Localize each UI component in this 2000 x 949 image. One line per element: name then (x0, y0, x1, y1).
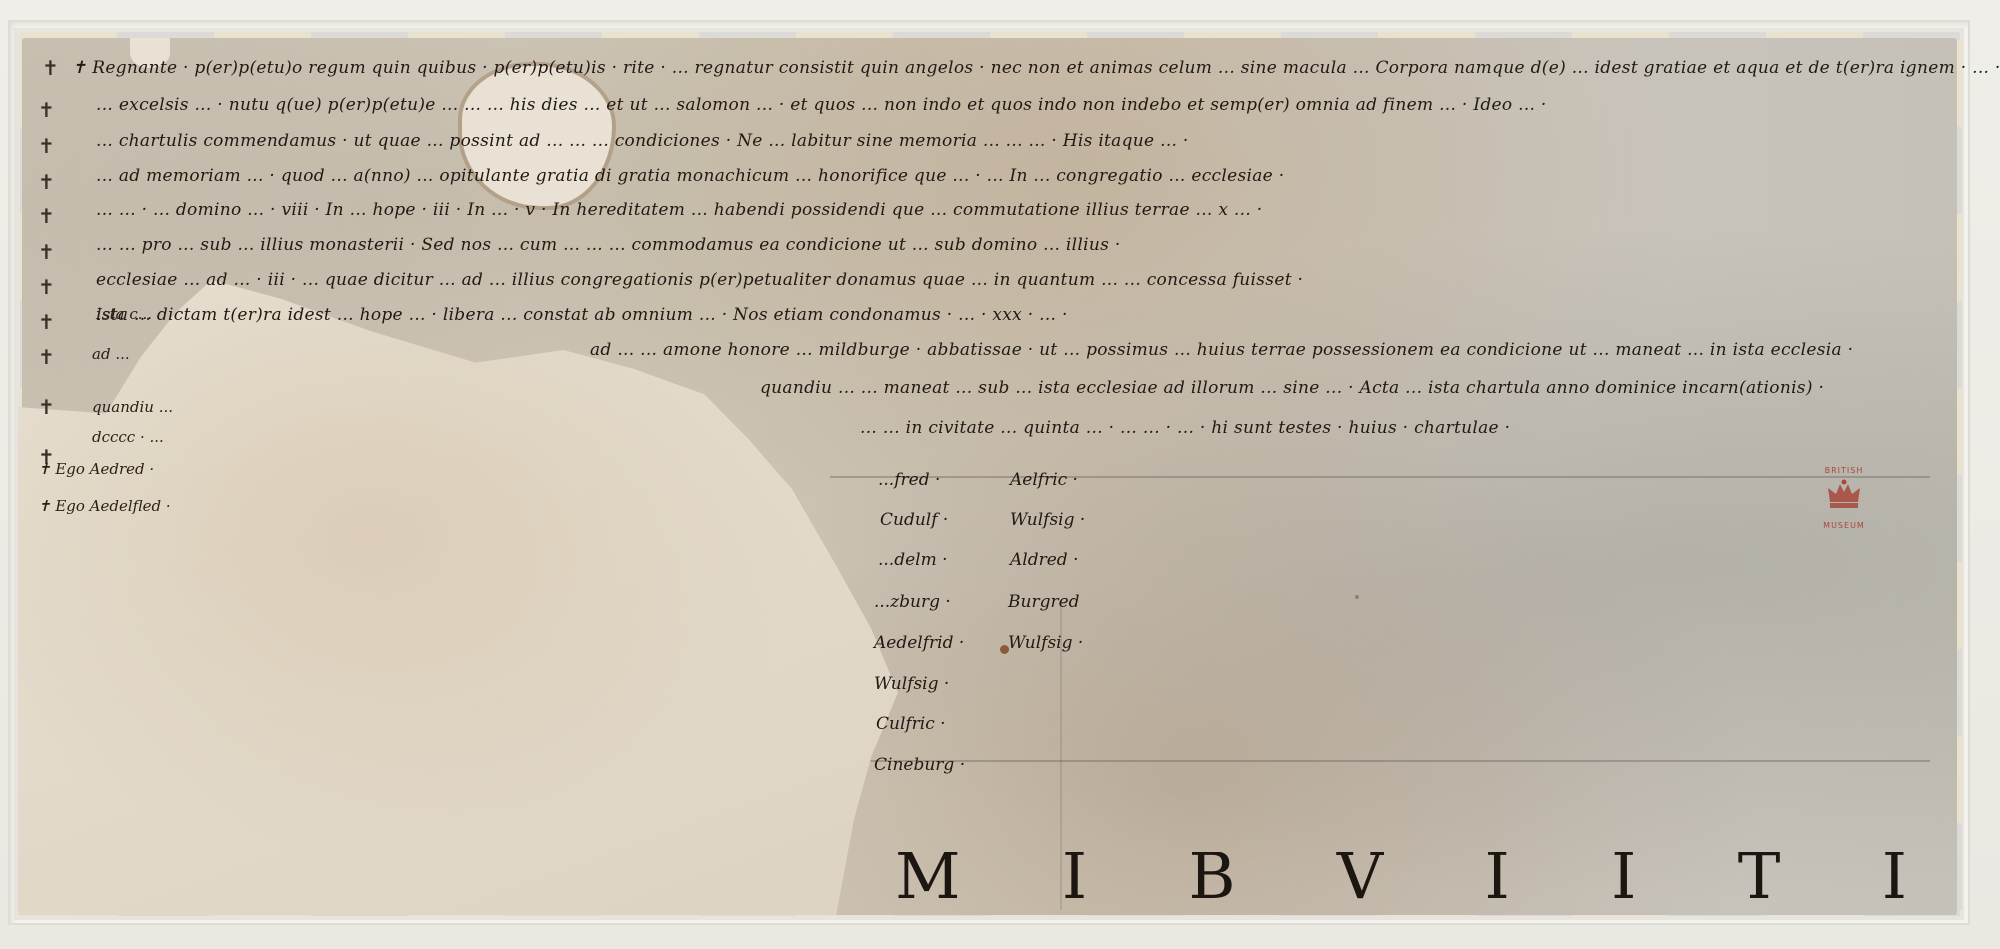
crown-icon (1826, 478, 1862, 512)
witness-name: Wulfsig · (1010, 510, 1085, 530)
witness-name: Burgred (1008, 592, 1080, 612)
stamp-top-text: BRITISH (1812, 466, 1876, 475)
fold-line (830, 760, 1930, 762)
cross-mark: ✝ (42, 56, 59, 80)
capital-letter: I (1484, 852, 1517, 914)
charter-line: ... ad memoriam ... · quod ... a(nno) ..… (96, 166, 1284, 186)
fragment-text: ad ... (92, 345, 130, 363)
charter-line: ista ... dictam t(er)ra idest ... hope .… (96, 305, 1068, 325)
capital-letter: I (1882, 852, 1915, 914)
cross-mark: ✝ (38, 204, 55, 228)
capital-letter: I (1611, 852, 1644, 914)
fragment-text: quandiu ... (92, 398, 173, 416)
charter-line: ... excelsis ... · nutu q(ue) p(er)p(etu… (96, 95, 1547, 115)
signatory-aedred: ✝ Ego Aedred · (38, 460, 154, 478)
charter-line: ... chartulis commendamus · ut quae ... … (96, 131, 1189, 151)
fold-line (830, 476, 1930, 478)
capital-letter: I (1062, 852, 1095, 914)
witness-name: Wulfsig · (874, 674, 949, 694)
cross-mark: ✝ (38, 275, 55, 299)
witness-name: Wulfsig · (1008, 633, 1083, 653)
ink-spot (1355, 595, 1359, 599)
witness-name: ...fred · (878, 470, 940, 490)
charter-line: ... ... pro ... sub ... illius monasteri… (96, 235, 1121, 255)
witness-name: ...zburg · (874, 592, 951, 612)
fragment-text: dcccc · ... (92, 428, 164, 446)
witness-name: Cineburg · (874, 755, 965, 775)
cross-mark: ✝ (38, 395, 55, 419)
witness-name: Culfric · (876, 714, 946, 734)
cross-mark: ✝ (38, 170, 55, 194)
cross-mark: ✝ (38, 345, 55, 369)
charter-line: ecclesiae ... ad ... · iii · ... quae di… (96, 270, 1303, 290)
ink-spot (1000, 645, 1009, 654)
capital-letter: T (1738, 852, 1789, 914)
witness-name: ...delm · (878, 550, 948, 570)
charter-line: ✝ Regnante · p(er)p(etu)o regum quin qui… (72, 58, 2000, 78)
witness-name: Aelfric · (1010, 470, 1078, 490)
capital-letter: B (1189, 852, 1244, 914)
signatory-aedelfled: ✝ Ego Aedelfled · (38, 497, 171, 515)
charter-line: quandiu ... ... maneat ... sub ... ista … (760, 378, 1824, 398)
capital-letter: M (895, 852, 969, 914)
witness-name: Aldred · (1010, 550, 1078, 570)
witness-name: Cudulf · (880, 510, 948, 530)
charter-line: ad ... ... amone honore ... mildburge · … (590, 340, 1853, 360)
charter-line: ... ... · ... domino ... · viii · In ...… (96, 200, 1262, 220)
cross-mark: ✝ (38, 98, 55, 122)
capital-letter: V (1337, 852, 1391, 914)
charter-line: ... ... in civitate ... quinta ... · ...… (860, 418, 1510, 438)
fragment-text: Ista c... (96, 305, 152, 323)
cross-mark: ✝ (38, 134, 55, 158)
cross-mark: ✝ (38, 310, 55, 334)
witness-name: Aedelfrid · (874, 633, 964, 653)
british-museum-stamp: BRITISH MUSEUM (1812, 466, 1876, 530)
cross-mark: ✝ (38, 240, 55, 264)
display-capitals: M I B V I I T I (895, 852, 1915, 914)
stamp-bottom-text: MUSEUM (1812, 521, 1876, 530)
